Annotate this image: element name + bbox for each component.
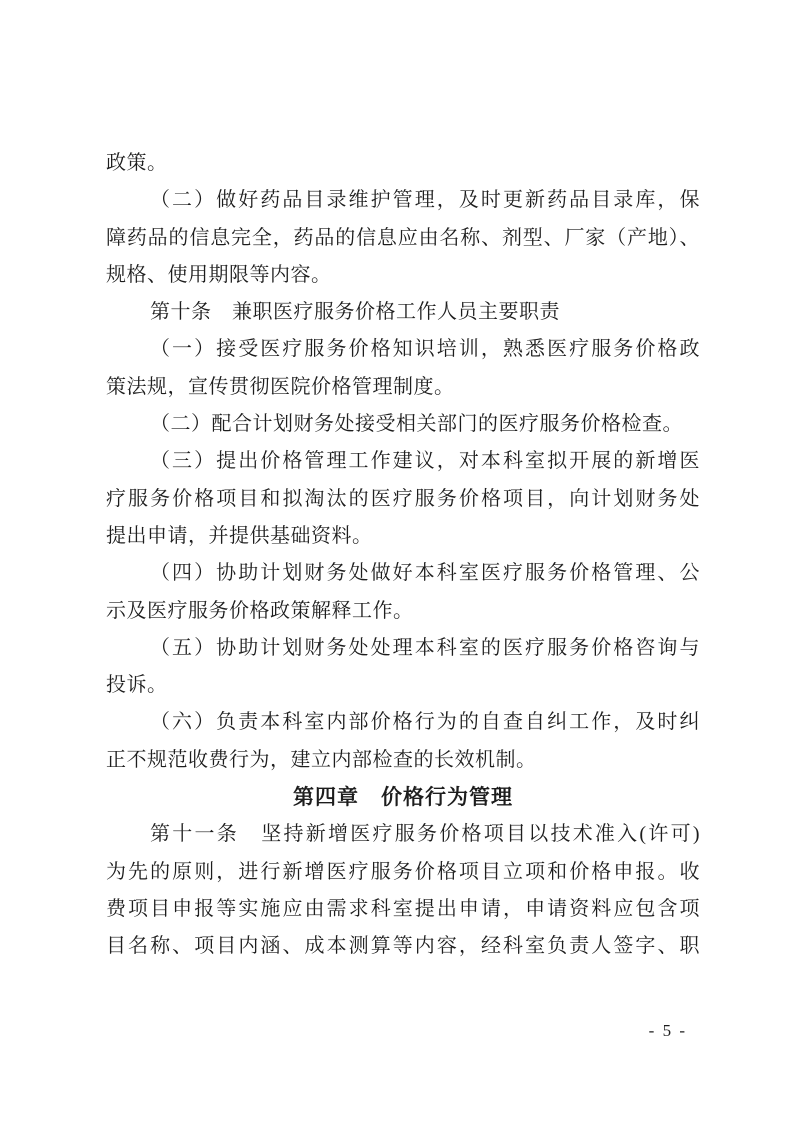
text-line: 正不规范收费行为，建立内部检查的长效机制。 — [106, 742, 700, 779]
text-line: （二）做好药品目录维护管理，及时更新药品目录库，保 — [106, 182, 700, 219]
text-line: 目名称、项目内涵、成本测算等内容，经科室负责人签字、职 — [106, 928, 700, 965]
text-line: 示及医疗服务价格政策解释工作。 — [106, 593, 700, 630]
text-line: 障药品的信息完全，药品的信息应由名称、剂型、厂家（产地）、 — [106, 220, 700, 257]
text-line: 为先的原则，进行新增医疗服务价格项目立项和价格申报。收 — [106, 854, 700, 891]
text-line: （一）接受医疗服务价格知识培训，熟悉医疗服务价格政 — [106, 331, 700, 368]
article-heading-line: 第十条 兼职医疗服务价格工作人员主要职责 — [106, 294, 700, 331]
text-line: 政策。 — [106, 145, 700, 182]
text-line: （五）协助计划财务处处理本科室的医疗服务价格咨询与 — [106, 630, 700, 667]
article-heading-line: 第十一条 坚持新增医疗服务价格项目以技术准入(许可) — [106, 816, 700, 853]
text-line: （三）提出价格管理工作建议，对本科室拟开展的新增医 — [106, 443, 700, 480]
document-page: 政策。 （二）做好药品目录维护管理，及时更新药品目录库，保 障药品的信息完全，药… — [0, 0, 794, 1123]
document-content: 政策。 （二）做好药品目录维护管理，及时更新药品目录库，保 障药品的信息完全，药… — [106, 145, 700, 966]
text-line: 规格、使用期限等内容。 — [106, 257, 700, 294]
chapter-heading: 第四章 价格行为管理 — [106, 779, 700, 816]
text-line: 投诉。 — [106, 667, 700, 704]
text-line: 疗服务价格项目和拟淘汰的医疗服务价格项目，向计划财务处 — [106, 481, 700, 518]
text-line: 费项目申报等实施应由需求科室提出申请，申请资料应包含项 — [106, 891, 700, 928]
text-line: （六）负责本科室内部价格行为的自查自纠工作，及时纠 — [106, 704, 700, 741]
text-line: （二）配合计划财务处接受相关部门的医疗服务价格检查。 — [106, 406, 700, 443]
text-line: 提出申请，并提供基础资料。 — [106, 518, 700, 555]
text-line: （四）协助计划财务处做好本科室医疗服务价格管理、公 — [106, 555, 700, 592]
page-number: - 5 - — [649, 1020, 687, 1042]
text-line: 策法规，宣传贯彻医院价格管理制度。 — [106, 369, 700, 406]
